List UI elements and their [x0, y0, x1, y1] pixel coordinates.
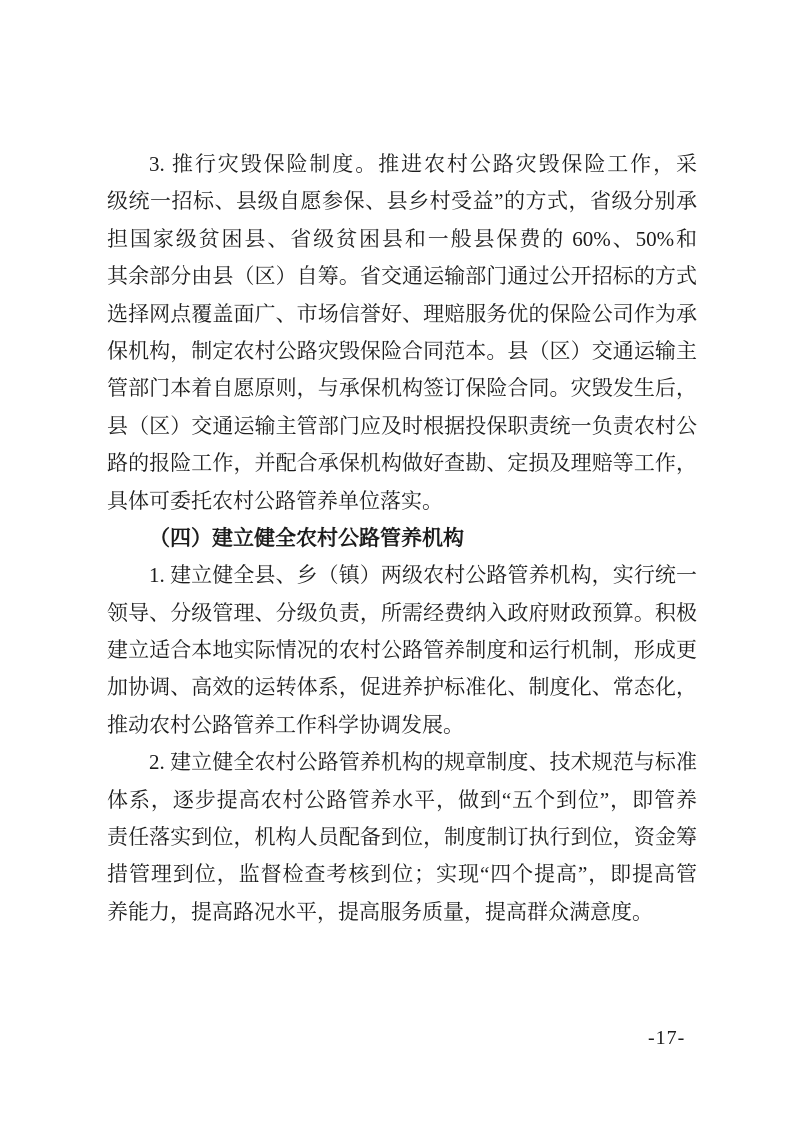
paragraph-line: 加协调、高效的运转体系，促进养护标准化、制度化、常态化， — [107, 669, 697, 706]
paragraph-line: 1. 建立健全县、乡（镇）两级农村公路管养机构，实行统一 — [107, 557, 697, 594]
paragraph-line: 推动农村公路管养工作科学协调发展。 — [107, 707, 697, 744]
document-page: 3. 推行灾毁保险制度。推进农村公路灾毁保险工作，采取“省 级统一招标、县级自愿… — [0, 0, 794, 1122]
paragraph-line: 2. 建立健全农村公路管养机构的规章制度、技术规范与标准 — [107, 744, 697, 781]
paragraph-line: 体系，逐步提高农村公路管养水平，做到“五个到位”，即管养 — [107, 782, 697, 819]
paragraph-line: 3. 推行灾毁保险制度。推进农村公路灾毁保险工作，采取“省 — [107, 146, 697, 183]
page-number: -17- — [648, 1027, 685, 1050]
paragraph-line: 领导、分级管理、分级负责，所需经费纳入政府财政预算。积极 — [107, 595, 697, 632]
paragraph-line: 责任落实到位，机构人员配备到位，制度制订执行到位，资金筹 — [107, 819, 697, 856]
paragraph-line: 保机构，制定农村公路灾毁保险合同范本。县（区）交通运输主 — [107, 333, 697, 370]
paragraph-line: 担国家级贫困县、省级贫困县和一般县保费的 60%、50%和 30%， — [107, 221, 697, 258]
paragraph-line: 路的报险工作，并配合承保机构做好查勘、定损及理赔等工作， — [107, 445, 697, 482]
paragraph-line: 选择网点覆盖面广、市场信誉好、理赔服务优的保险公司作为承 — [107, 296, 697, 333]
paragraph-line: 级统一招标、县级自愿参保、县乡村受益”的方式，省级分别承 — [107, 183, 697, 220]
paragraph-line: 县（区）交通运输主管部门应及时根据投保职责统一负责农村公 — [107, 408, 697, 445]
paragraph-line: 其余部分由县（区）自筹。省交通运输部门通过公开招标的方式 — [107, 258, 697, 295]
section-heading: （四）建立健全农村公路管养机构 — [107, 520, 697, 557]
paragraph-line: 养能力，提高路况水平，提高服务质量，提高群众满意度。 — [107, 894, 697, 931]
paragraph-line: 具体可委托农村公路管养单位落实。 — [107, 483, 697, 520]
document-body: 3. 推行灾毁保险制度。推进农村公路灾毁保险工作，采取“省 级统一招标、县级自愿… — [107, 146, 697, 931]
paragraph-line: 建立适合本地实际情况的农村公路管养制度和运行机制，形成更 — [107, 632, 697, 669]
paragraph-line: 管部门本着自愿原则，与承保机构签订保险合同。灾毁发生后， — [107, 370, 697, 407]
paragraph-line: 措管理到位，监督检查考核到位；实现“四个提高”，即提高管 — [107, 856, 697, 893]
